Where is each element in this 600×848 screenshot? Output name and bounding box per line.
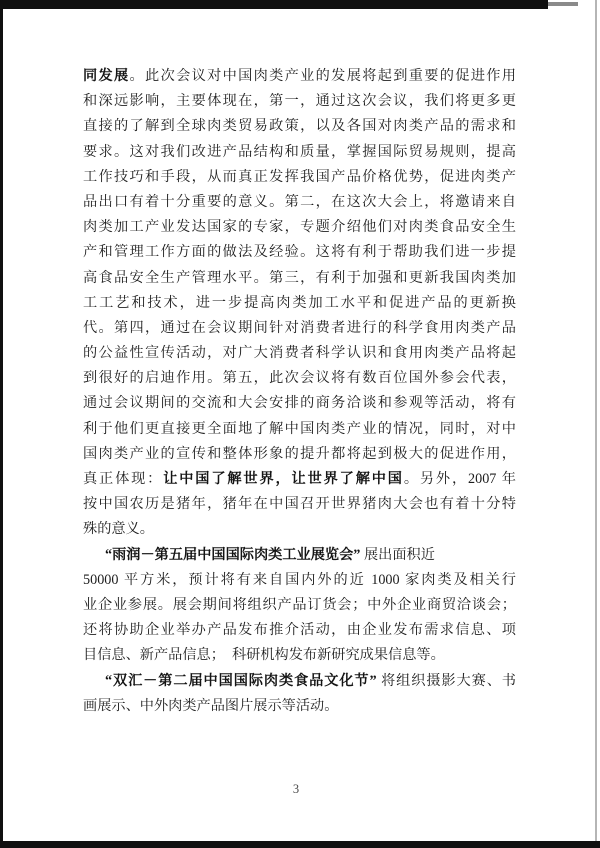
text-run: 和深远影响，主要体现在，第一，通过这次会议，我们将更多更 — [83, 93, 516, 109]
text-run: 通过会议期间的交流和大会安排的商务洽谈和参观等活动，将有 — [83, 395, 516, 411]
text-run: 。另外，2007 年 — [404, 471, 516, 487]
text-run: 殊的意义。 — [83, 521, 154, 537]
text-run: 要求。这对我们改进产品结构和质量，掌握国际贸易规则，提高 — [83, 144, 516, 160]
text-run: 直接的了解到全球肉类贸易政策，以及各国对肉类产品的需求和 — [83, 118, 516, 134]
text-line: 按中国农历是猪年，猪年在中国召开世界猪肉大会也有着十分特 — [83, 492, 516, 517]
text-run: 将组织摄影大赛、书 — [377, 673, 516, 689]
text-line: 高食品安全生产管理水平。第三，有利于加强和更新我国肉类加 — [83, 266, 516, 291]
text-run: 代。第四，通过在会议期间针对消费者进行的科学食用肉类产品 — [83, 320, 516, 336]
text-line: 工工艺和技术，进一步提高肉类加工水平和促进产品的更新换 — [83, 291, 516, 316]
page-body: 同发展。此次会议对中国肉类产业的发展将起到重要的促进作用和深远影响，主要体现在，… — [83, 64, 516, 719]
text-line: “雨润－第五届中国国际肉类工业展览会” 展出面积近 — [83, 543, 516, 568]
text-run: 利于他们更直接更全面地了解中国肉类产业的情况，同时，对中 — [83, 421, 516, 437]
text-line: 目信息、新产品信息； 科研机构发布新研究成果信息等。 — [83, 643, 516, 668]
text-run: 工工艺和技术，进一步提高肉类加工水平和促进产品的更新换 — [83, 295, 516, 311]
page-border-right — [595, 0, 597, 848]
page-border-bottom — [0, 841, 600, 848]
text-line: 直接的了解到全球肉类贸易政策，以及各国对肉类产品的需求和 — [83, 114, 516, 139]
text-line: 到很好的启迪作用。第五，此次会议将有数百位国外参会代表， — [83, 366, 516, 391]
text-line: 品出口有着十分重要的意义。第二，在这次大会上，将邀请来自 — [83, 190, 516, 215]
text-run: 按中国农历是猪年，猪年在中国召开世界猪肉大会也有着十分特 — [83, 496, 516, 512]
text-line: 业企业参展。展会期间将组织产品订货会；中外企业商贸洽谈会； — [83, 593, 516, 618]
text-run: 展出面积近 — [360, 547, 435, 563]
document-page: 同发展。此次会议对中国肉类产业的发展将起到重要的促进作用和深远影响，主要体现在，… — [0, 0, 600, 848]
text-line: 利于他们更直接更全面地了解中国肉类产业的情况，同时，对中 — [83, 417, 516, 442]
text-run: 还将协助企业举办产品发布推介活动，由企业发布需求信息、项 — [83, 622, 516, 638]
text-line: 要求。这对我们改进产品结构和质量，掌握国际贸易规则，提高 — [83, 140, 516, 165]
page-number: 3 — [0, 782, 596, 797]
text-line: 通过会议期间的交流和大会安排的商务洽谈和参观等活动，将有 — [83, 391, 516, 416]
text-run: 的公益性宣传活动，对广大消费者科学认识和食用肉类产品将起 — [83, 345, 516, 361]
text-line: 画展示、中外肉类产品图片展示等活动。 — [83, 694, 516, 719]
text-line: 还将协助企业举办产品发布推介活动，由企业发布需求信息、项 — [83, 618, 516, 643]
text-run: 画展示、中外肉类产品图片展示等活动。 — [83, 698, 338, 714]
text-run: 产和管理工作方面的做法及经验。这将有利于帮助我们进一步提 — [83, 244, 516, 260]
text-run: 品出口有着十分重要的意义。第二，在这次大会上，将邀请来自 — [83, 194, 516, 210]
text-line: 和深远影响，主要体现在，第一，通过这次会议，我们将更多更 — [83, 89, 516, 114]
text-line: 肉类加工产业发达国家的专家，专题介绍他们对肉类食品安全生 — [83, 215, 516, 240]
text-run: 肉类加工产业发达国家的专家，专题介绍他们对肉类食品安全生 — [83, 219, 516, 235]
page-border-left — [0, 0, 3, 848]
text-run: 高食品安全生产管理水平。第三，有利于加强和更新我国肉类加 — [83, 270, 516, 286]
text-line: 国肉类产业的宣传和整体形象的提升都将起到极大的促进作用， — [83, 442, 516, 467]
text-run: 工作技巧和手段，从而真正发挥我国产品价格优势，促进肉类产 — [83, 169, 516, 185]
text-line: 的公益性宣传活动，对广大消费者科学认识和食用肉类产品将起 — [83, 341, 516, 366]
text-line: 同发展。此次会议对中国肉类产业的发展将起到重要的促进作用 — [83, 64, 516, 89]
bold-text-run: “双汇－第二届中国国际肉类食品文化节” — [105, 673, 377, 689]
text-line: 工作技巧和手段，从而真正发挥我国产品价格优势，促进肉类产 — [83, 165, 516, 190]
text-run: 目信息、新产品信息； 科研机构发布新研究成果信息等。 — [83, 647, 445, 663]
bold-text-run: “雨润－第五届中国国际肉类工业展览会” — [105, 547, 360, 563]
text-run: 。此次会议对中国肉类产业的发展将起到重要的促进作用 — [130, 68, 516, 84]
text-line: 真正体现：让中国了解世界，让世界了解中国。另外，2007 年 — [83, 467, 516, 492]
bold-text-run: 同发展 — [83, 68, 130, 84]
page-border-top — [0, 0, 548, 9]
text-line: 50000 平方米，预计将有来自国内外的近 1000 家肉类及相关行 — [83, 568, 516, 593]
text-line: 产和管理工作方面的做法及经验。这将有利于帮助我们进一步提 — [83, 240, 516, 265]
text-run: 业企业参展。展会期间将组织产品订货会；中外企业商贸洽谈会； — [83, 597, 516, 613]
bold-text-run: 让中国了解世界，让世界了解中国 — [163, 471, 404, 487]
text-run: 真正体现： — [83, 471, 163, 487]
text-line: 代。第四，通过在会议期间针对消费者进行的科学食用肉类产品 — [83, 316, 516, 341]
text-line: 殊的意义。 — [83, 517, 516, 542]
text-line: “双汇－第二届中国国际肉类食品文化节” 将组织摄影大赛、书 — [83, 669, 516, 694]
text-run: 50000 平方米，预计将有来自国内外的近 1000 家肉类及相关行 — [83, 572, 516, 588]
text-run: 国肉类产业的宣传和整体形象的提升都将起到极大的促进作用， — [83, 446, 516, 462]
text-run: 到很好的启迪作用。第五，此次会议将有数百位国外参会代表， — [83, 370, 516, 386]
